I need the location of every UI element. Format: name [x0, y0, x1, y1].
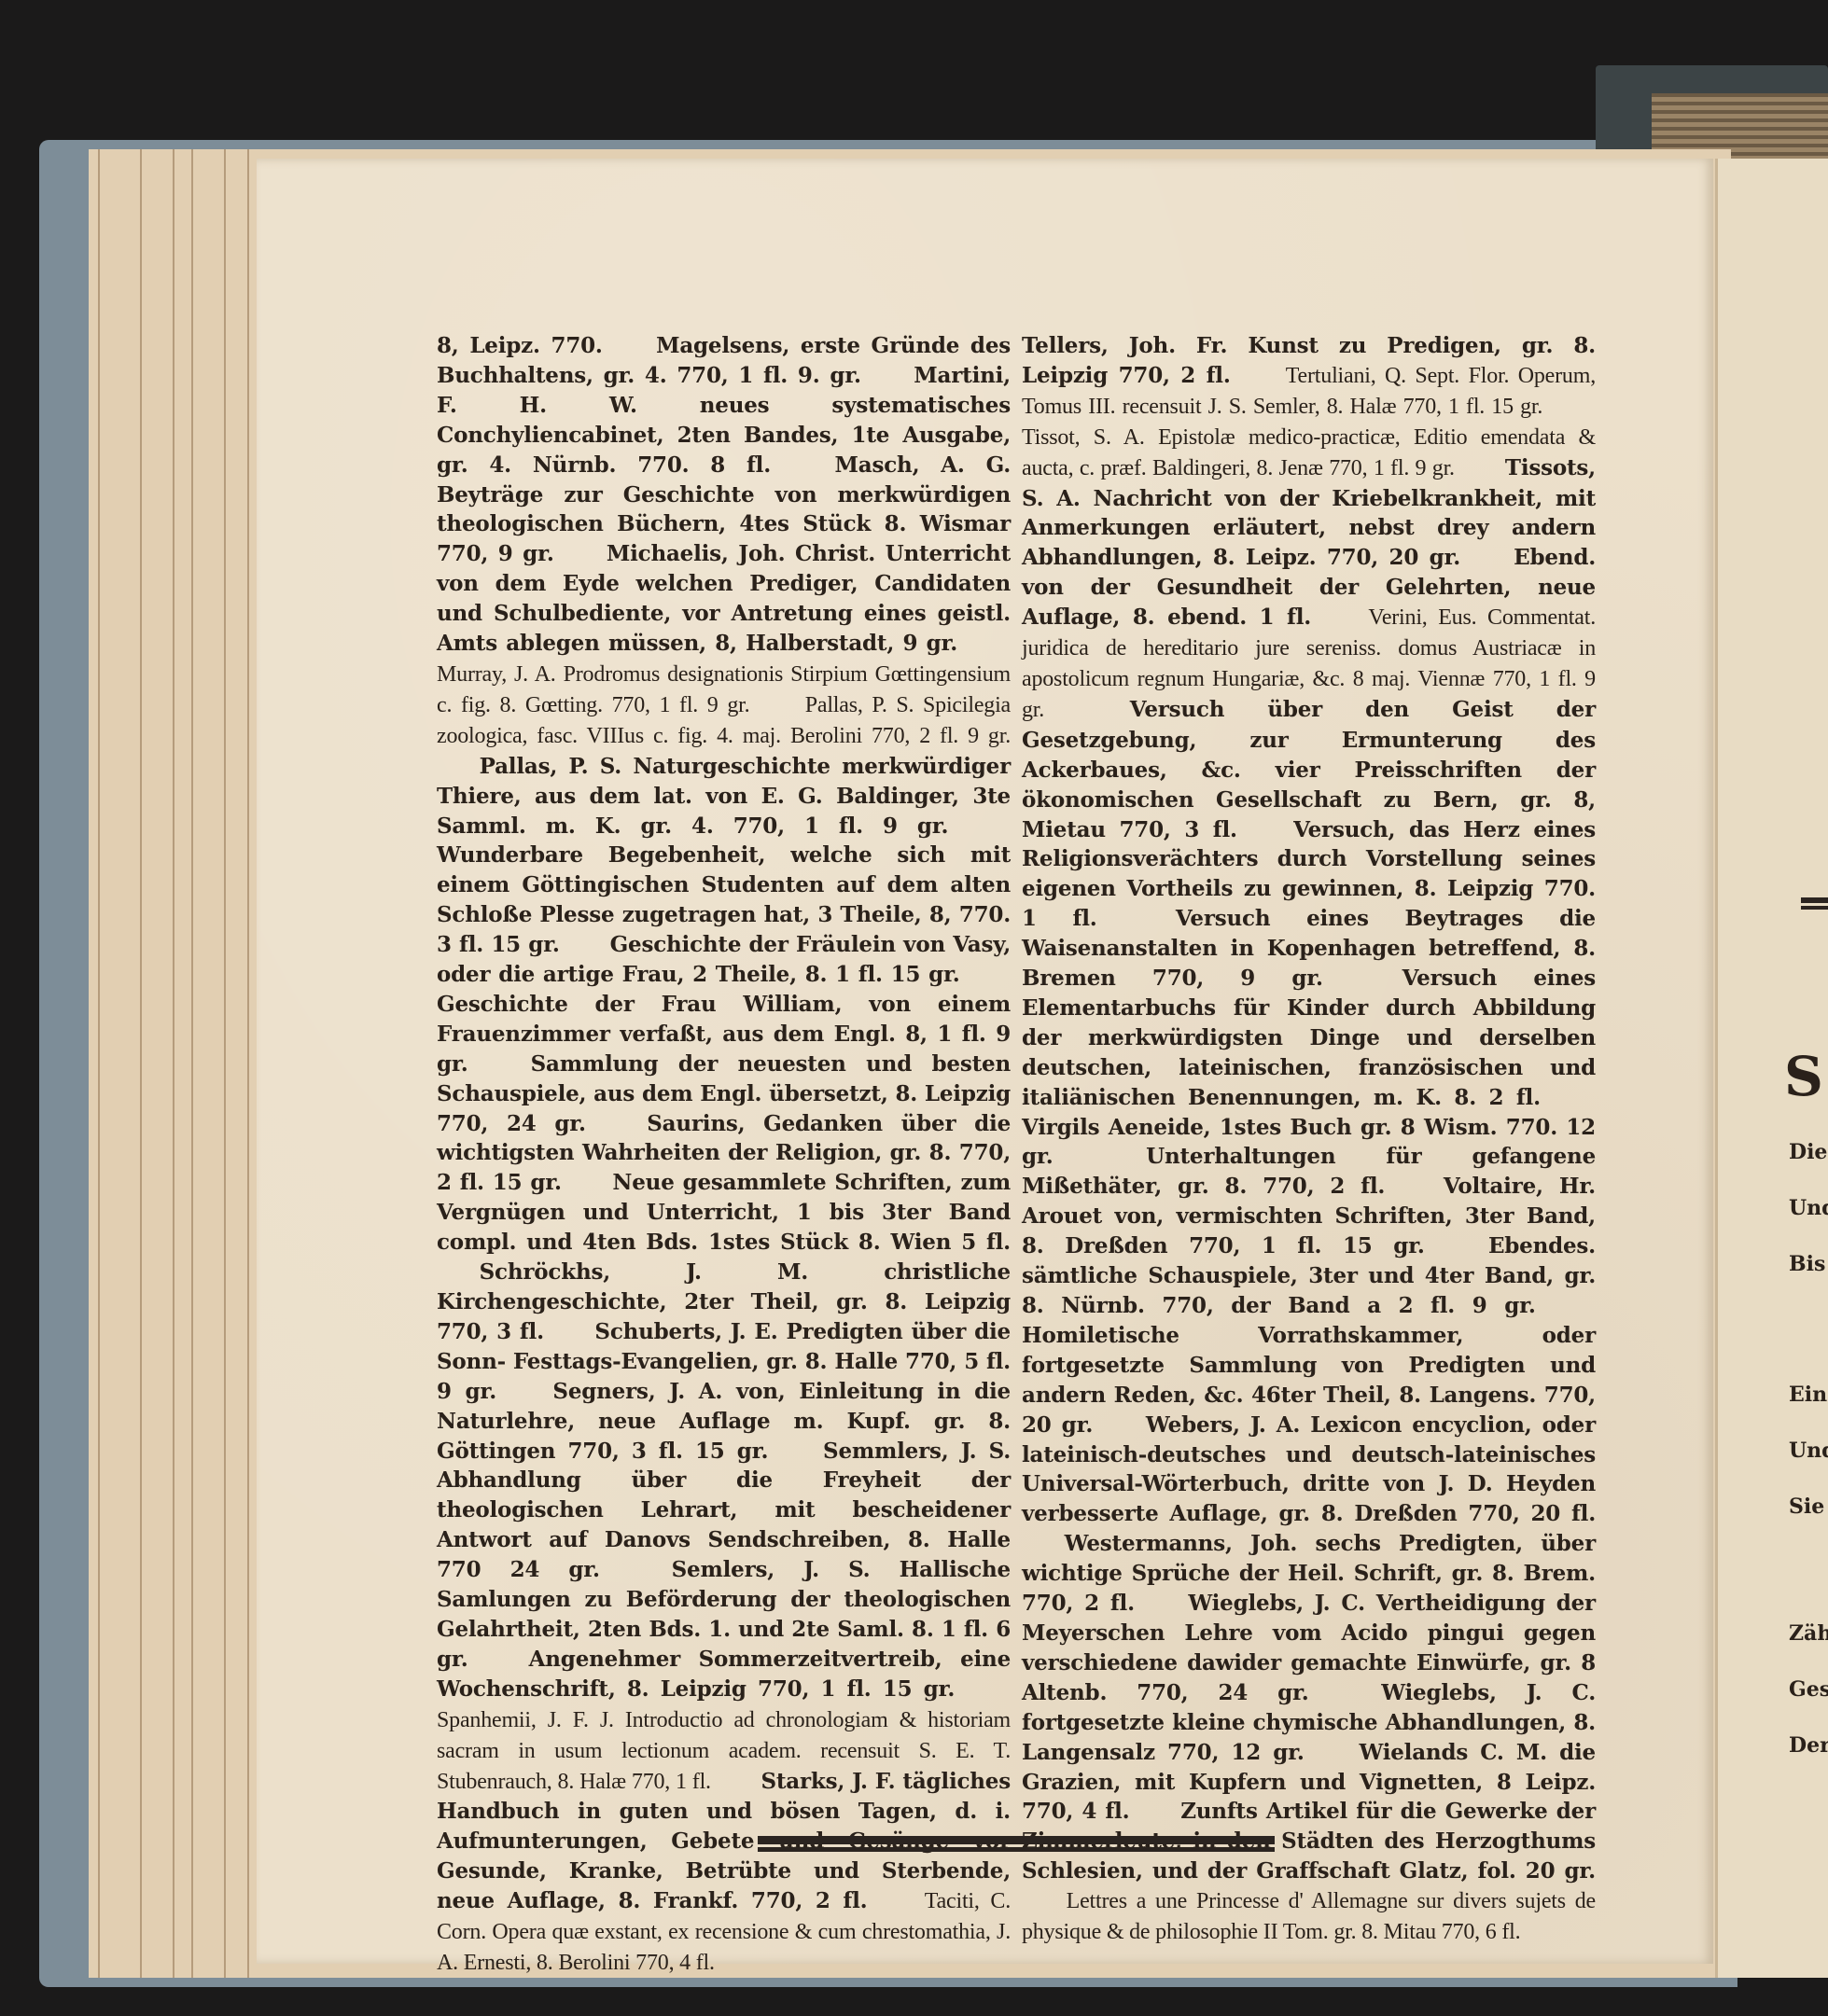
facing-page-fragment: Ges [1789, 1677, 1828, 1702]
catalogue-entry: Pallas, P. S. Naturgeschichte merkwürdig… [437, 754, 1011, 839]
page-edge [224, 149, 226, 1978]
facing-page-fragment: Und [1789, 1439, 1828, 1463]
double-rule-divider [758, 1836, 1275, 1853]
rule-thin [758, 1847, 1275, 1852]
catalogue-entry: Angenehmer Sommerzeitvertreib, eine Woch… [437, 1647, 1011, 1702]
page-edge [191, 149, 193, 1978]
catalogue-entry: Lettres a une Princesse d' Allemagne sur… [1022, 1889, 1596, 1944]
page-edge [98, 149, 100, 1978]
left-column: 8, Leipz. 770. Magelsens, erste Gründe d… [437, 331, 1011, 1979]
catalogue-entry: Webers, J. A. Lexicon encyclion, oder la… [1022, 1412, 1596, 1527]
catalogue-entry: 8, Leipz. 770. [437, 333, 603, 358]
facing-page-initial: S [1784, 1045, 1823, 1108]
facing-page-fragment: Zäh [1789, 1621, 1828, 1646]
facing-page-rule [1801, 897, 1828, 903]
facing-page-fragment: Der [1789, 1733, 1828, 1758]
facing-page-rule [1801, 906, 1828, 910]
right-column: Tellers, Joh. Fr. Kunst zu Predigen, gr.… [1022, 331, 1596, 1948]
page-edge [173, 149, 174, 1978]
facing-page-fragment: Und [1789, 1196, 1828, 1220]
facing-page-fragment: Die [1789, 1140, 1827, 1164]
page-edge [140, 149, 142, 1978]
facing-page-fragment: Bis [1789, 1252, 1825, 1276]
page-edge [247, 149, 249, 1978]
rule-thick [758, 1836, 1275, 1844]
facing-page-fragment: Sie [1789, 1495, 1824, 1519]
facing-page-fragment: Ein [1789, 1383, 1827, 1407]
